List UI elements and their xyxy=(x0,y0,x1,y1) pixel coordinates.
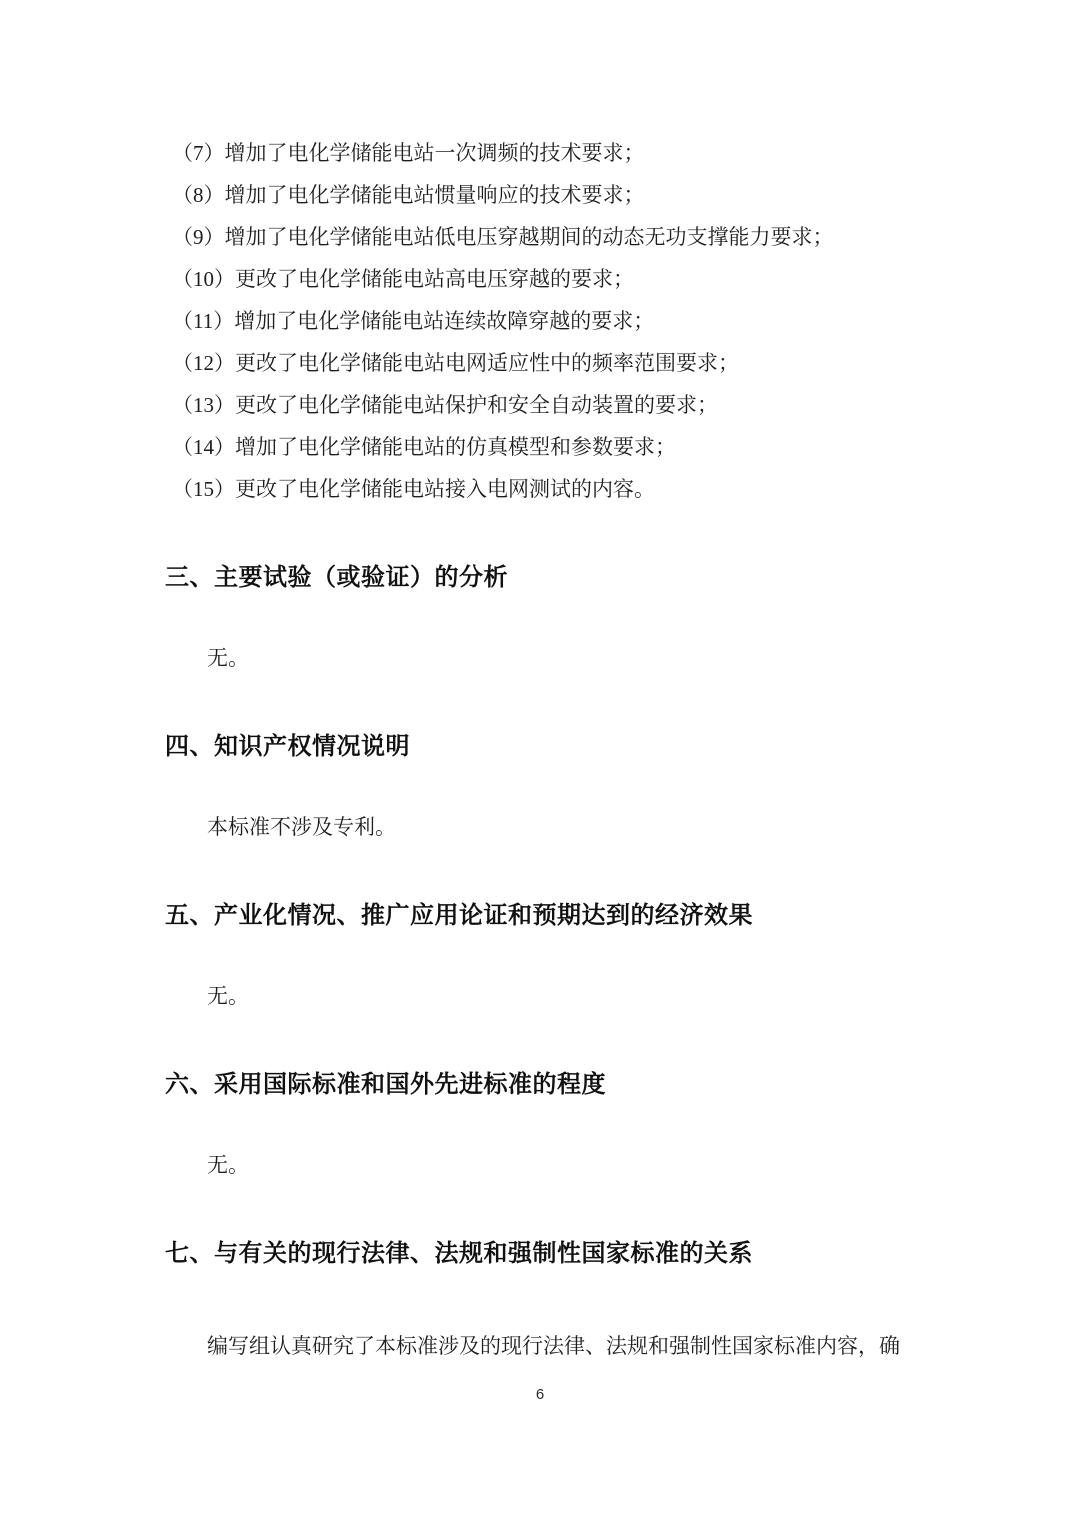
section-body: 无。 xyxy=(165,1144,915,1186)
section-heading: 五、产业化情况、推广应用论证和预期达到的经济效果 xyxy=(165,895,915,937)
list-item: （13）更改了电化学储能电站保护和安全自动装置的要求； xyxy=(172,384,915,426)
list-item: （14）增加了电化学储能电站的仿真模型和参数要求； xyxy=(172,426,915,468)
page-content: （7）增加了电化学储能电站一次调频的技术要求； （8）增加了电化学储能电站惯量响… xyxy=(0,0,1080,1405)
section-7-laws-relationship: 七、与有关的现行法律、法规和强制性国家标准的关系 编写组认真研究了本标准涉及的现… xyxy=(165,1233,915,1367)
section-6-international-standards: 六、采用国际标准和国外先进标准的程度 无。 xyxy=(165,1064,915,1186)
section-heading: 六、采用国际标准和国外先进标准的程度 xyxy=(165,1064,915,1106)
list-item: （15）更改了电化学储能电站接入电网测试的内容。 xyxy=(172,468,915,510)
list-item: （8）增加了电化学储能电站惯量响应的技术要求； xyxy=(172,174,915,216)
section-heading: 三、主要试验（或验证）的分析 xyxy=(165,557,915,599)
amendment-list: （7）增加了电化学储能电站一次调频的技术要求； （8）增加了电化学储能电站惯量响… xyxy=(172,0,915,510)
section-5-industrialization: 五、产业化情况、推广应用论证和预期达到的经济效果 无。 xyxy=(165,895,915,1017)
list-item: （10）更改了电化学储能电站高电压穿越的要求； xyxy=(172,258,915,300)
list-item: （9）增加了电化学储能电站低电压穿越期间的动态无功支撑能力要求； xyxy=(172,216,915,258)
section-heading: 四、知识产权情况说明 xyxy=(165,726,915,768)
document-page: （7）增加了电化学储能电站一次调频的技术要求； （8）增加了电化学储能电站惯量响… xyxy=(0,0,1080,1527)
section-body: 无。 xyxy=(165,975,915,1017)
section-4-intellectual-property: 四、知识产权情况说明 本标准不涉及专利。 xyxy=(165,726,915,848)
list-item: （7）增加了电化学储能电站一次调频的技术要求； xyxy=(172,132,915,174)
section-body: 编写组认真研究了本标准涉及的现行法律、法规和强制性国家标准内容，确 xyxy=(165,1325,915,1367)
section-body: 本标准不涉及专利。 xyxy=(165,806,915,848)
section-3-main-tests: 三、主要试验（或验证）的分析 无。 xyxy=(165,557,915,679)
page-number: 6 xyxy=(165,1385,915,1405)
section-body: 无。 xyxy=(165,637,915,679)
list-item: （12）更改了电化学储能电站电网适应性中的频率范围要求； xyxy=(172,342,915,384)
list-item: （11）增加了电化学储能电站连续故障穿越的要求； xyxy=(172,300,915,342)
section-heading: 七、与有关的现行法律、法规和强制性国家标准的关系 xyxy=(165,1233,915,1275)
